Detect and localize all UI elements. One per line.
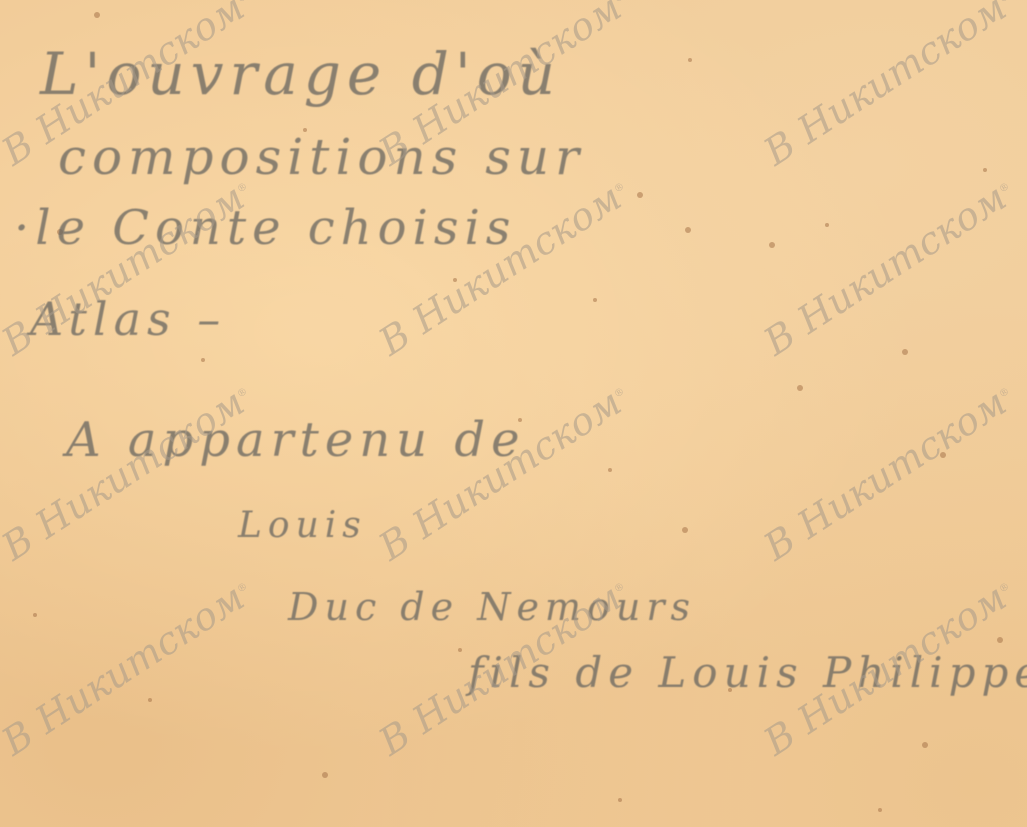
foxing-spot bbox=[458, 648, 462, 652]
watermark: В Никитском® bbox=[0, 570, 261, 764]
watermark: В Никитском® bbox=[371, 375, 637, 569]
inscription-line-3: ·le Conte choisis bbox=[14, 200, 516, 256]
foxing-spot bbox=[94, 12, 100, 18]
watermark: В Никитском® bbox=[756, 375, 1022, 569]
foxing-spot bbox=[685, 227, 691, 233]
foxing-spot bbox=[825, 223, 829, 227]
foxing-spot bbox=[997, 637, 1003, 643]
inscription-line-2: compositions sur bbox=[58, 128, 585, 186]
foxing-spot bbox=[682, 527, 688, 533]
foxing-spot bbox=[608, 468, 612, 472]
foxing-spot bbox=[983, 168, 987, 172]
foxing-spot bbox=[902, 349, 908, 355]
foxing-spot bbox=[322, 772, 328, 778]
foxing-spot bbox=[922, 742, 928, 748]
watermark: В Никитском® bbox=[371, 170, 637, 364]
foxing-spot bbox=[618, 798, 622, 802]
foxing-spot bbox=[201, 358, 205, 362]
foxing-spot bbox=[593, 298, 597, 302]
foxing-spot bbox=[878, 808, 882, 812]
foxing-spot bbox=[637, 192, 643, 198]
foxing-spot bbox=[769, 242, 775, 248]
foxing-spot bbox=[148, 698, 152, 702]
foxing-spot bbox=[797, 385, 803, 391]
inscription-line-6: Louis bbox=[238, 505, 367, 546]
foxing-spot bbox=[688, 58, 692, 62]
watermark: В Никитском® bbox=[756, 170, 1022, 364]
foxing-spot bbox=[33, 613, 37, 617]
aged-paper-sheet: L'ouvrage d'où compositions sur ·le Cont… bbox=[0, 0, 1027, 827]
watermark: В Никитском® bbox=[756, 0, 1022, 174]
watermark: В Никитском® bbox=[0, 375, 261, 569]
